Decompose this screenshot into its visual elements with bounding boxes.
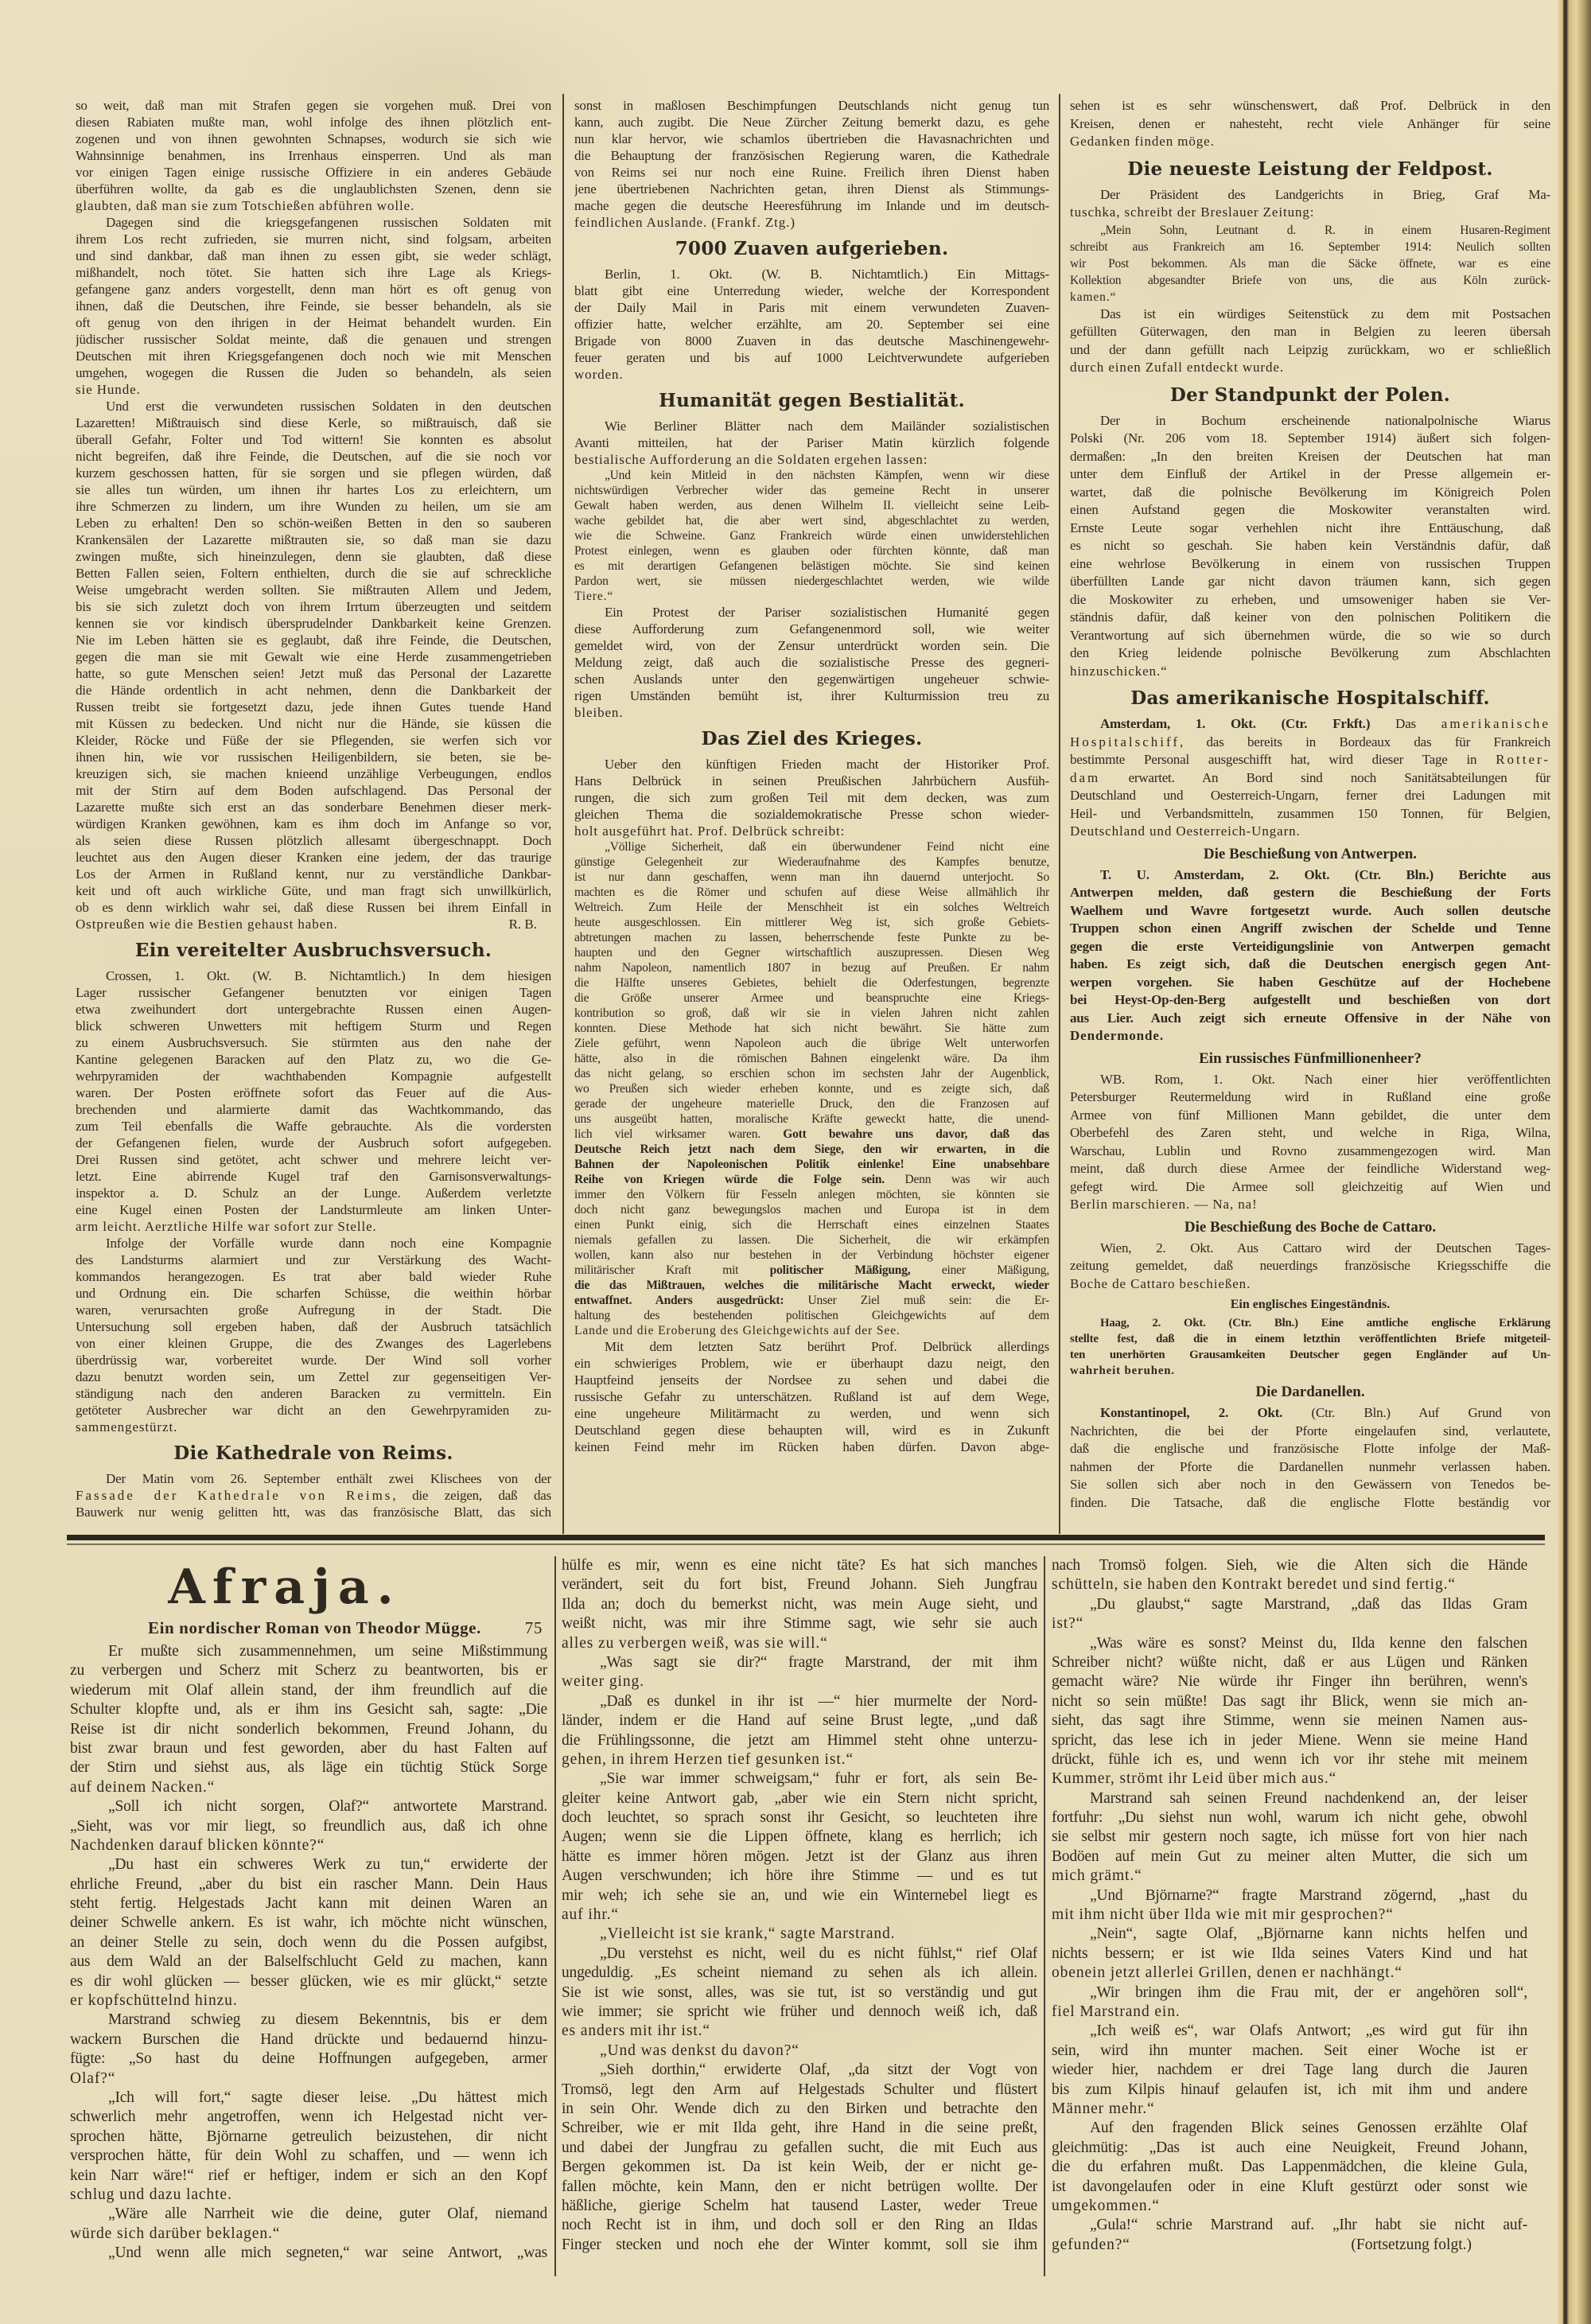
- line-text: „Daß es dunkel in ihr ist —“ hier murmel…: [600, 1693, 1037, 1710]
- line-text: bestialische Aufforderung an die Soldate…: [574, 452, 928, 467]
- text-line: Lande und die Eroberung des Gleichgewich…: [574, 1323, 1049, 1338]
- line-text: Lande und die Eroberung des Gleichgewich…: [574, 1324, 901, 1337]
- text-line: Kreisen, denen er nahesteht, recht viele…: [1070, 115, 1550, 134]
- paragraph: „Sie war immer schweigsam,“ fuhr er fort…: [562, 1769, 1037, 1925]
- text-line: „Du verstehst es nicht, weil du es nicht…: [562, 1944, 1037, 1964]
- line-text: dam erwartet. An Bord sind noch Sanitäts…: [1070, 770, 1550, 785]
- text-line: Nie im Leben hätten sie es geglaubt, daß…: [76, 632, 551, 648]
- text-run: bestimmte Personal ausgeschifft hat, wir…: [1070, 752, 1496, 767]
- text-line: blatt gibt eine Unterredung wieder, welc…: [574, 282, 1049, 299]
- paragraph: „Nein“, sagte Olaf, „Björnarne kann nich…: [1052, 1925, 1527, 1983]
- line-text: drückt, fühle ich es, und wenn ich vor i…: [1052, 1751, 1527, 1768]
- line-text: einen Aufstand gegen die Moskowiter vera…: [1070, 502, 1550, 517]
- text-line: wackern Burschen die Hand drückte und be…: [70, 2030, 547, 2050]
- line-text: arm leicht. Aerztliche Hilfe war sofort …: [76, 1219, 377, 1234]
- line-text: waren. Der Posten eröffnete sofort das F…: [76, 1085, 551, 1100]
- text-line: eine ungeheure Militärmacht zu werden, u…: [574, 1405, 1049, 1422]
- text-run: Gott bewahre uns davor, daß das: [783, 1127, 1049, 1141]
- line-text: schen Auslands unter den gegenwärtigen u…: [574, 672, 1049, 687]
- text-line: sehen ist es sehr wünschenswert, daß Pro…: [1070, 97, 1550, 115]
- text-line: Ilda an; doch du bemerkst nicht, was mei…: [562, 1595, 1037, 1614]
- quoted-passage: „Und kein Mitleid in den nächsten Kämpfe…: [574, 468, 1049, 604]
- text-line: zogenen und von ihnen gewohnten Schnapse…: [76, 130, 551, 147]
- paragraph: Infolge der Vorfälle wurde dann noch ein…: [76, 1235, 551, 1435]
- line-text: holt ausgeführt hat. Prof. Delbrück schr…: [574, 823, 845, 839]
- text-line: die Moskowiter zu erheben, und umsowenig…: [1070, 591, 1550, 609]
- line-text: Reihe von Kriegen würde die Folge sein. …: [574, 1173, 1049, 1186]
- line-text: waren, verursachten große Aufregung in d…: [76, 1302, 551, 1318]
- text-line: „Und Björnarne?“ fragte Marstrand zögern…: [1052, 1886, 1527, 1906]
- line-text: ihre Schmerzen zu lindern, um ihre Wunde…: [76, 499, 551, 514]
- text-line: auf deinem Nacken.“: [70, 1778, 547, 1797]
- text-line: kennen sie vor kindisch übersprudelnder …: [76, 615, 551, 632]
- paragraph: „Du hast ein schweres Werk zu tun,“ erwi…: [70, 1855, 547, 2011]
- text-line: „Soll ich nicht sorgen, Olaf?“ antwortet…: [70, 1797, 547, 1816]
- text-line: Augen verschwunden; ich höre ihre Stimme…: [562, 1867, 1037, 1886]
- text-line: versprochen hätte, für dein Wohl zu scha…: [70, 2147, 547, 2166]
- text-run: entwaffnet. Anders ausgedrückt:: [574, 1294, 784, 1307]
- line-text: Untersuchung soll ergeben haben, daß der…: [76, 1319, 551, 1334]
- paragraph: Konstantinopel, 2. Okt. (Ctr. Bln.) Auf …: [1070, 1404, 1550, 1512]
- text-line: aus dem Wald an der Balselfschlucht Geld…: [70, 1952, 547, 1972]
- line-text: kann, auch zugibt. Die Neue Zürcher Zeit…: [574, 115, 1049, 130]
- line-text: Polski (Nr. 206 vom 18. September 1914) …: [1070, 430, 1550, 446]
- text-line: aus Lier. Auch zeigt sich erneute Offens…: [1070, 1010, 1550, 1028]
- line-text: sammengestürzt.: [76, 1419, 177, 1434]
- line-text: noch Recht ist in ihm, und doch soll er …: [562, 2217, 1037, 2233]
- text-line: mich grämt.“: [1052, 1867, 1527, 1886]
- text-line: ein schwieriges Problem, wie er überhaup…: [574, 1355, 1049, 1372]
- line-text: vor einigen Tagen einige russische Offiz…: [76, 165, 551, 180]
- text-run: politischer Mäßigung,: [770, 1263, 911, 1277]
- line-text: nun klar hervor, wie schamlos übertriebe…: [574, 131, 1049, 146]
- line-text: hülfe es mir, wenn es eine nicht täte? E…: [562, 1557, 1037, 1574]
- line-text: nahmen der Pforte die Dardanellen nunmeh…: [1070, 1459, 1550, 1474]
- text-line: waren, verursachten große Aufregung in d…: [76, 1302, 551, 1318]
- paragraph: „Und was denkst du davon?“: [562, 2042, 1037, 2061]
- text-line: (Fortsetzung folgt.)gefunden?“: [1052, 2236, 1527, 2255]
- text-line: es anders mit ihr ist.“: [562, 2022, 1037, 2041]
- line-text: Marstrand schwieg zu diesem Bekenntnis, …: [108, 2011, 547, 2028]
- text-line: an deiner Stelle zu sein, doch wenn du d…: [70, 1933, 547, 1952]
- line-text: „Was wäre es sonst? Meinst du, Ilda kenn…: [1090, 1635, 1527, 1652]
- line-text: wo Preußen sich wieder erheben konnte, u…: [574, 1082, 1049, 1096]
- line-text: Oberbefehl des Zaren steht, und welche i…: [1070, 1125, 1550, 1140]
- line-text: gefunden?“: [1052, 2236, 1130, 2253]
- text-run: einer Mäßigung,: [910, 1263, 1049, 1277]
- text-line: die Hände ordentlich in acht nehmen, den…: [76, 682, 551, 699]
- text-line: es nicht so geschah. Sie haben kein Vers…: [1070, 537, 1550, 555]
- text-line: hülfe es mir, wenn es eine nicht täte? E…: [562, 1556, 1037, 1575]
- line-text: es anders mit ihr ist.“: [562, 2022, 710, 2039]
- text-line: alles zu verbergen weiß, was sie will.“: [562, 1634, 1037, 1653]
- text-line: mißhandelt, noch tötet. Sie hatten sich …: [76, 264, 551, 281]
- line-text: Nachrichten, die bei der Pforte eingelau…: [1070, 1423, 1550, 1438]
- line-text: umgekommen.“: [1052, 2197, 1160, 2214]
- newspaper-page: so weit, daß man mit Strafen gegen sie v…: [0, 0, 1591, 2324]
- paragraph: Ueber den künftigen Frieden macht der Hi…: [574, 756, 1049, 839]
- text-line: Weltreich. Zum Heile der Menschheit ist …: [574, 900, 1049, 915]
- text-line: „Sieh dorthin,“ erwiderte Olaf, „da sitz…: [562, 2061, 1037, 2080]
- line-text: bis sie sich zuletzt doch von ihrem Irrt…: [76, 599, 551, 614]
- line-text: lich viel wirksamer waren. Gott bewahre …: [574, 1127, 1049, 1141]
- paragraph: Der Matin vom 26. September enthält zwei…: [76, 1470, 551, 1520]
- text-line: „Sie war immer schweigsam,“ fuhr er fort…: [562, 1769, 1037, 1789]
- text-line: ihrem Los recht zufrieden, sie murren ni…: [76, 231, 551, 247]
- text-line: machten es die Römer und schufen auf die…: [574, 885, 1049, 900]
- text-line: lich viel wirksamer waren. Gott bewahre …: [574, 1127, 1049, 1142]
- text-line: zwingen mußte, sich hineinzulegen, denn …: [76, 548, 551, 565]
- text-line: die Größe unserer Armee und beanspruchte…: [574, 991, 1049, 1006]
- text-line: ihre Schmerzen zu lindern, um ihre Wunde…: [76, 498, 551, 515]
- paragraph: „Wäre alle Narrheit wie die deine, guter…: [70, 2205, 547, 2244]
- text-line: ständigung nach den anderen Baracken zu …: [76, 1385, 551, 1402]
- text-line: Reise ist dir nicht sonderlich bekommen,…: [70, 1720, 547, 1739]
- text-line: durch einen Zufall entdeckt wurde.: [1070, 359, 1550, 377]
- line-text: die Behauptung der französischen Regieru…: [574, 148, 1049, 163]
- news-column-3: sehen ist es sehr wünschenswert, daß Pro…: [1070, 97, 1550, 1536]
- text-line: die du erfahren mußt. Das Lappenmädchen,…: [1052, 2158, 1527, 2177]
- line-text: sie alles tun würden, um ihnen ihr harte…: [76, 482, 551, 497]
- text-line: überall Gefahr, Folter und Tod wittern! …: [76, 431, 551, 448]
- text-line: Kummer, strömt ihr Leid über mich aus.“: [1052, 1769, 1527, 1789]
- paragraph: „Ich weiß es“, war Olafs Antwort; „es wi…: [1052, 2022, 1527, 2119]
- text-line: bestimmte Personal ausgeschifft hat, wir…: [1070, 751, 1550, 769]
- line-text: Ziele geführt, wenn Napoleon auch die üb…: [574, 1037, 1049, 1050]
- line-text: Schulter klopfte und, als er ihm ins Ges…: [70, 1701, 547, 1718]
- line-text: weißt nicht, was mir ihre Stimme sagt, w…: [562, 1615, 1037, 1632]
- line-text: der Daily Mail in Paris mit einem verwun…: [574, 300, 1049, 315]
- text-line: zeitung gemeldet, daß neuerdings französ…: [1070, 1257, 1550, 1275]
- article-subheadline: Die Dardanellen.: [1070, 1379, 1550, 1404]
- text-line: Nachdenken darauf blicken könnte?“: [70, 1836, 547, 1855]
- text-line: Drei Russen sind getötet, acht schwer un…: [76, 1151, 551, 1168]
- text-line: Der Präsident des Landgerichts in Brieg,…: [1070, 186, 1550, 204]
- text-line: nahmen der Pforte die Dardanellen nunmeh…: [1070, 1458, 1550, 1477]
- text-line: Hauptfeind jenseits der Nordsee zu sehen…: [574, 1372, 1049, 1388]
- line-text: gemeldet wird, von der Zensur unterdrück…: [574, 638, 1049, 653]
- line-text: würde sich darüber beklagen.“: [70, 2225, 280, 2242]
- line-text: in sein Ohr. Wende dich zu den Birken un…: [562, 2100, 1037, 2117]
- line-text: Bauwerk nur wenig gelitten htt, was das …: [76, 1505, 551, 1520]
- text-line: Infolge der Vorfälle wurde dann noch ein…: [76, 1235, 551, 1252]
- text-line: in sein Ohr. Wende dich zu den Birken un…: [562, 2100, 1037, 2119]
- article-headline: Die Kathedrale von Reims.: [76, 1435, 551, 1470]
- line-text: Pardon wert, sie müssen niedergeschlacht…: [574, 574, 1049, 588]
- line-text: schwerlich mehr angetroffen, wenn ich He…: [70, 2108, 547, 2125]
- line-text: tuschka, schreibt der Breslauer Zeitung:: [1070, 204, 1314, 220]
- text-line: Schreiber, wie er mit Ilda geht, ihre Ha…: [562, 2119, 1037, 2138]
- text-line: schen Auslands unter den gegenwärtigen u…: [574, 671, 1049, 687]
- text-line: haupten und den Gegner wirtschaftlich au…: [574, 945, 1049, 960]
- text-line: Avanti mitteilen, hat der Pariser Matin …: [574, 434, 1049, 451]
- text-line: „Du hast ein schweres Werk zu tun,“ erwi…: [70, 1855, 547, 1874]
- line-text: es mit derartigen Gefangenen belästigen …: [574, 559, 1049, 573]
- text-line: „Ich will fort,“ sagte dieser leise. „Du…: [70, 2088, 547, 2108]
- paragraph: „Du glaubst,“ sagte Marstrand, „daß das …: [1052, 1595, 1527, 1634]
- line-text: Augen; wenn sie die Lippen öffnete, klan…: [562, 1828, 1037, 1845]
- text-line: Heil- und Verbandsmitteln, zusammen 150 …: [1070, 805, 1550, 823]
- text-line: „Vielleicht ist sie krank,“ sagte Marstr…: [562, 1925, 1037, 1944]
- paragraph: „Ich will fort,“ sagte dieser leise. „Du…: [70, 2088, 547, 2205]
- text-line: Olaf?“: [70, 2069, 547, 2088]
- line-text: glaubten, daß man sie zum Totschießen ab…: [76, 198, 414, 213]
- text-line: gemeldet wird, von der Zensur unterdrück…: [574, 637, 1049, 654]
- line-text: abtretungen machen zu lassen, beherrsche…: [574, 931, 1049, 944]
- text-line: würde sich darüber beklagen.“: [70, 2225, 547, 2244]
- line-text: Nie im Leben hätten sie es geglaubt, daß…: [76, 633, 551, 648]
- text-line: stellte fest, daß die in einem letzthin …: [1070, 1331, 1550, 1347]
- text-line: überfüllten Lande gar nicht davon träume…: [1070, 573, 1550, 591]
- text-line: kontribution so groß, daß wir sie in vie…: [574, 1006, 1049, 1021]
- text-line: Pardon wert, sie müssen niedergeschlacht…: [574, 574, 1049, 589]
- line-text: zum Teil ebenfalls die Waffe gebrauchte.…: [76, 1119, 551, 1134]
- line-text: dermaßen: „In den breiten Kreisen der De…: [1070, 449, 1550, 464]
- text-line: Nachrichten, die bei der Pforte eingelau…: [1070, 1423, 1550, 1441]
- line-text: „Ich will fort,“ sagte dieser leise. „Du…: [108, 2089, 547, 2106]
- line-text: zu einem Ausbruchsversuch. Sie stürmten …: [76, 1035, 551, 1050]
- text-line: Auf den fragenden Blick seines Genossen …: [1052, 2119, 1527, 2138]
- line-text: kontribution so groß, daß wir sie in vie…: [574, 1006, 1049, 1020]
- line-text: Heil- und Verbandsmitteln, zusammen 150 …: [1070, 806, 1550, 821]
- text-line: es dir wohl glücken — besser glücken, wi…: [70, 1972, 547, 1991]
- line-text: „Gula!“ schrie Marstrand auf. „Ihr habt …: [1090, 2217, 1527, 2233]
- text-line: Kantine gelegenen Baracken auf den Platz…: [76, 1051, 551, 1068]
- text-line: Deutschland und Oesterreich-Ungarn.: [1070, 823, 1550, 841]
- line-text: ihnen hin, wie vor russischen Heiligenbi…: [76, 749, 551, 765]
- paragraph: Haag, 2. Okt. (Ctr. Bln.) Eine amtliche …: [1070, 1315, 1550, 1379]
- line-text: Amsterdam, 1. Okt. (Ctr. Frkft.) Das ame…: [1100, 716, 1550, 731]
- line-text: „Ich weiß es“, war Olafs Antwort; „es wi…: [1090, 2022, 1527, 2039]
- text-line: „Sieht, was vor mir liegt, so freundlich…: [70, 1817, 547, 1836]
- text-line: wir Post bekommen. Als man die Säcke öff…: [1070, 255, 1550, 272]
- text-line: Sie ist wie sonst, alles, was sie tut, i…: [562, 1983, 1037, 2003]
- text-line: gegen die man sie mit Gewalt wie eine He…: [76, 648, 551, 665]
- text-line: Männer mehr.“: [1052, 2100, 1527, 2119]
- text-line: immer den Völkern für Fesseln anlegen mö…: [574, 1187, 1049, 1202]
- text-line: waren. Der Posten eröffnete sofort das F…: [76, 1084, 551, 1101]
- line-text: Deutschland und Oesterreich-Ungarn, fern…: [1070, 788, 1550, 803]
- text-line: zum Teil ebenfalls die Waffe gebrauchte.…: [76, 1118, 551, 1135]
- paragraph: Der in Bochum erscheinende nationalpolni…: [1070, 412, 1550, 681]
- text-line: bist zwar braun und fest geworden, aber …: [70, 1739, 547, 1758]
- line-text: die Moskowiter zu erheben, und umsowenig…: [1070, 592, 1550, 607]
- text-line: Ein Protest der Pariser sozialistischen …: [574, 604, 1049, 621]
- line-text: es dir wohl glücken — besser glücken, wi…: [70, 1973, 547, 1990]
- text-line: schlug und dazu lachte.: [70, 2186, 547, 2205]
- text-line: einen Aufstand gegen die Moskowiter vera…: [1070, 501, 1550, 520]
- text-line: mache gegen die deutsche Heeresführung i…: [574, 197, 1049, 214]
- line-text: Weise umgebracht werden sollten. Sie miß…: [76, 582, 551, 598]
- line-text: russische Gefahr zu unterschätzen. Rußla…: [574, 1389, 1049, 1404]
- line-text: eine Kugel einen Posten der Landsturmleu…: [76, 1202, 551, 1217]
- text-line: arm leicht. Aerztliche Hilfe war sofort …: [76, 1218, 551, 1235]
- line-text: worden.: [574, 367, 624, 382]
- text-line: feindlichen Auslande. (Frankf. Ztg.): [574, 214, 1049, 231]
- text-line: gleichmütig: „Das ist auch eine Neuigkei…: [1052, 2139, 1527, 2158]
- text-line: Fassade der Kathedrale von Reims, die ze…: [76, 1487, 551, 1504]
- text-run: Reihe von Kriegen würde die Folge sein.: [574, 1173, 885, 1186]
- paragraph: Wie Berliner Blätter nach dem Mailänder …: [574, 418, 1049, 468]
- text-line: ungeduldig. „Es scheint niemand zu sehen…: [562, 1964, 1037, 1983]
- text-line: nach Tromsö folgen. Sieh, wie die Alten …: [1052, 1556, 1527, 1575]
- text-line: weißt nicht, was mir ihre Stimme sagt, w…: [562, 1614, 1037, 1633]
- text-line: werpen vorgehen. Sie haben Geschütze auf…: [1070, 974, 1550, 992]
- text-line: gemacht wäre? Nie würde ihr Finger ihn b…: [1052, 1672, 1527, 1691]
- text-line: Schreiber nicht? wüßte nicht, daß er aus…: [1052, 1653, 1527, 1672]
- text-line: und der dann gefüllt nach Leipzig zurück…: [1070, 341, 1550, 360]
- page-edge: [1558, 0, 1591, 2324]
- line-text: wieder hier, nachdem er drei Tage lang d…: [1052, 2061, 1527, 2078]
- line-text: Hauptfeind jenseits der Nordsee zu sehen…: [574, 1372, 1049, 1388]
- text-line: würdigen Kranken gewöhnen, kam es ihm do…: [76, 816, 551, 832]
- line-text: Los der Armen in Rußland kennt, nur zu v…: [76, 866, 551, 882]
- serial-subtitle: Ein nordischer Roman von Theodor Mügge. …: [70, 1614, 547, 1642]
- column-rule: [1059, 94, 1060, 1534]
- line-text: Lazarette mußte sich erst an das sonderb…: [76, 800, 551, 815]
- line-text: Fassade der Kathedrale von Reims, die ze…: [76, 1488, 551, 1503]
- text-line: günstige Gelegenheit zur Wiederaufnahme …: [574, 854, 1049, 870]
- text-line: holt ausgeführt hat. Prof. Delbrück schr…: [574, 823, 1049, 839]
- line-text: Deutschland und Oesterreich-Ungarn.: [1070, 823, 1301, 839]
- text-line: jüdischer russischer Soldat meinte, daß …: [76, 331, 551, 348]
- line-text: verändert, seit du fort bist, Freund Joh…: [562, 1576, 1037, 1593]
- line-text: fügte: „So hast du deine Hoffnungen aufg…: [70, 2050, 547, 2067]
- text-line: überführen wollte, da gab es die unglaub…: [76, 181, 551, 197]
- text-run: dam: [1070, 770, 1100, 785]
- article-headline: Die neueste Leistung der Feldpost.: [1070, 151, 1550, 186]
- text-line: Finger stecken und noch ehe der Winter k…: [562, 2236, 1037, 2255]
- line-text: doch leuchtet, so sprach sonst ihr Gesic…: [562, 1809, 1037, 1826]
- line-text: kreuzigen sich, sie machen knieend unzäh…: [76, 766, 551, 781]
- text-line: überdrüssig war, vorbereitet wurde. Der …: [76, 1352, 551, 1368]
- line-text: als seien diese Russen plötzlich allesam…: [76, 833, 551, 848]
- line-text: feuer geraten und bis auf 1000 Leichtver…: [574, 350, 1049, 365]
- text-line: bis zum Kilpis hinauf gelaufen ist, ich …: [1052, 2081, 1527, 2100]
- line-text: haltung des bestehenden politischen Glei…: [574, 1309, 1049, 1322]
- column-rule: [554, 1556, 556, 2276]
- text-line: Lazarette mußte sich erst an das sonderb…: [76, 799, 551, 816]
- article-headline: Das Ziel des Krieges.: [574, 721, 1049, 756]
- text-line: „Nein“, sagte Olaf, „Björnarne kann nich…: [1052, 1925, 1527, 1944]
- paragraph: sonst in maßlosen Beschimpfungen Deutsch…: [574, 97, 1049, 231]
- line-text: „Mein Sohn, Leutnant d. R. in einem Husa…: [1100, 224, 1550, 237]
- line-text: Ilda an; doch du bemerkst nicht, was mei…: [562, 1596, 1037, 1613]
- paragraph: Ein Protest der Pariser sozialistischen …: [574, 604, 1049, 721]
- text-line: Haag, 2. Okt. (Ctr. Bln.) Eine amtliche …: [1070, 1315, 1550, 1331]
- line-text: Bergen gekommen ist. Da ist kein Weib, d…: [562, 2159, 1037, 2175]
- text-line: ständnis dafür, daß keiner von den polni…: [1070, 609, 1550, 627]
- text-line: T. U. Amsterdam, 2. Okt. (Ctr. Bln.) Ber…: [1070, 866, 1550, 885]
- text-line: ob es denn wirklich wahr sei, daß diese …: [76, 899, 551, 916]
- text-line: „Völlige Sicherheit, daß ein überwundene…: [574, 839, 1049, 854]
- article-subheadline: Die Beschießung von Antwerpen.: [1070, 841, 1550, 866]
- line-text: wehrpyramiden der wachthabenden Kompagni…: [76, 1069, 551, 1084]
- text-line: und sind dankbar, daß man ihnen zu essen…: [76, 247, 551, 264]
- text-line: vor einigen Tagen einige russische Offiz…: [76, 164, 551, 181]
- text-line: sieht, das sagt ihre Stimme, wenn sie me…: [1052, 1711, 1527, 1730]
- line-text: die Größe unserer Armee und beanspruchte…: [574, 991, 1049, 1005]
- line-text: zwingen mußte, sich hineinzulegen, denn …: [76, 549, 551, 564]
- line-text: zeitung gemeldet, daß neuerdings französ…: [1070, 1258, 1550, 1273]
- paragraph: WB. Rom, 1. Okt. Nach einer hier veröffe…: [1070, 1071, 1550, 1214]
- text-line: kreuzigen sich, sie machen knieend unzäh…: [76, 765, 551, 782]
- text-line: jene übertriebenen Nachrichten getan, ih…: [574, 181, 1049, 197]
- paragraph: so weit, daß man mit Strafen gegen sie v…: [76, 97, 551, 214]
- line-text: fiel Marstrand ein.: [1052, 2003, 1181, 2020]
- line-text: unter dem Einfluß der Artikel in der Pre…: [1070, 466, 1550, 481]
- text-line: drückt, fühle ich es, und wenn ich vor i…: [1052, 1750, 1527, 1769]
- line-text: „Sieh dorthin,“ erwiderte Olaf, „da sitz…: [600, 2061, 1037, 2078]
- text-line: Mit dem letzten Satz berührt Prof. Delbr…: [574, 1338, 1049, 1355]
- line-text: Konstantinopel, 2. Okt. (Ctr. Bln.) Auf …: [1100, 1405, 1550, 1420]
- text-line: etwa zweihundert dort untergebrachte Rus…: [76, 1001, 551, 1018]
- line-text: überdrüssig war, vorbereitet wurde. Der …: [76, 1353, 551, 1368]
- line-text: wache gebildet hat, die aber wert sind, …: [574, 514, 1049, 527]
- line-text: Kreisen, denen er nahesteht, recht viele…: [1070, 116, 1550, 131]
- text-line: Bodöen auf mein Gut zu meiner alten Mutt…: [1052, 1847, 1527, 1867]
- article-headline: Der Standpunkt der Polen.: [1070, 377, 1550, 412]
- text-line: gerade der ungeheure materielle Druck, d…: [574, 1096, 1049, 1111]
- line-text: „Wir bringen ihm die Frau mit, der er an…: [1090, 1984, 1527, 2001]
- text-line: Tromsö, legt den Arm auf Helgestads Schu…: [562, 2081, 1037, 2100]
- line-text: an deiner Stelle zu sein, doch wenn du d…: [70, 1934, 547, 1951]
- news-column-1: so weit, daß man mit Strafen gegen sie v…: [76, 97, 551, 1536]
- line-text: und sind dankbar, daß man ihnen zu essen…: [76, 248, 551, 263]
- line-text: Antwerpen melden, daß gestern die Beschi…: [1070, 885, 1550, 900]
- text-line: Ziele geführt, wenn Napoleon auch die üb…: [574, 1036, 1049, 1051]
- paragraph: Und erst die verwundeten russischen Sold…: [76, 398, 551, 932]
- line-text: Armee von fünf Millionen Mann gebildet, …: [1070, 1108, 1550, 1123]
- text-line: Konstantinopel, 2. Okt. (Ctr. Bln.) Auf …: [1070, 1404, 1550, 1423]
- line-text: getöteter Ausbrecher war dicht an den Ge…: [76, 1403, 551, 1418]
- text-line: Verantwortung auf sich übernehmen würde,…: [1070, 627, 1550, 645]
- line-text: steht fertig. Helgestads Jacht kann mit …: [70, 1895, 547, 1912]
- text-run: Amsterdam, 1. Okt. (Ctr. Frkft.): [1100, 716, 1370, 731]
- text-line: die das Mißtrauen, welches die militäris…: [574, 1278, 1049, 1293]
- text-line: „Was wäre es sonst? Meinst du, Ilda kenn…: [1052, 1634, 1527, 1653]
- text-line: daß die englische und französische Flott…: [1070, 1440, 1550, 1458]
- line-text: wackern Burschen die Hand drückte und be…: [70, 2031, 547, 2048]
- text-line: WB. Rom, 1. Okt. Nach einer hier veröffe…: [1070, 1071, 1550, 1089]
- line-text: und Ordnung ein. Die scharfen Schüsse, d…: [76, 1286, 551, 1301]
- column-rule: [562, 94, 564, 1534]
- line-text: Deutsche Reich jetzt nach dem Siege, den…: [574, 1143, 1049, 1156]
- line-text: „Was sagt sie dir?“ fragte Marstrand, de…: [600, 1654, 1037, 1671]
- line-text: länder, indem er die Hand auf seine Brus…: [562, 1712, 1037, 1729]
- line-text: bestimmte Personal ausgeschifft hat, wir…: [1070, 752, 1550, 767]
- line-text: „Soll ich nicht sorgen, Olaf?“ antwortet…: [108, 1798, 547, 1815]
- text-line: sammengestürzt.: [76, 1419, 551, 1435]
- text-line: diese Aufforderung zum Gefangenenmord so…: [574, 621, 1049, 637]
- line-text: die Hälfte unseres Gebietes, behielt die…: [574, 976, 1049, 990]
- line-text: Petersburger Reutermeldung wird in Rußla…: [1070, 1089, 1550, 1104]
- text-line: „Daß es dunkel in ihr ist —“ hier murmel…: [562, 1692, 1037, 1711]
- text-line: wie immer; sie spricht wie früher und de…: [562, 2003, 1037, 2022]
- paragraph: hülfe es mir, wenn es eine nicht täte? E…: [562, 1556, 1037, 1653]
- line-text: Sie sollen sich aber noch in den Gewässe…: [1070, 1477, 1550, 1492]
- text-line: wartet, daß die polnische Bevölkerung im…: [1070, 484, 1550, 502]
- text-run: Denn was wir auch: [885, 1173, 1049, 1186]
- text-line: feuer geraten und bis auf 1000 Leichtver…: [574, 349, 1049, 366]
- line-text: alles zu verbergen weiß, was sie will.“: [562, 1635, 828, 1652]
- line-text: haupten und den Gegner wirtschaftlich au…: [574, 946, 1049, 960]
- line-text: Verantwortung auf sich übernehmen würde,…: [1070, 628, 1550, 643]
- line-text: „Sie war immer schweigsam,“ fuhr er fort…: [600, 1770, 1037, 1787]
- text-line: Antwerpen melden, daß gestern die Beschi…: [1070, 884, 1550, 902]
- article-subheadline: Die Beschießung des Boche de Cattaro.: [1070, 1214, 1550, 1240]
- line-text: Betten Fallen seien, Foltern enthielten,…: [76, 566, 551, 581]
